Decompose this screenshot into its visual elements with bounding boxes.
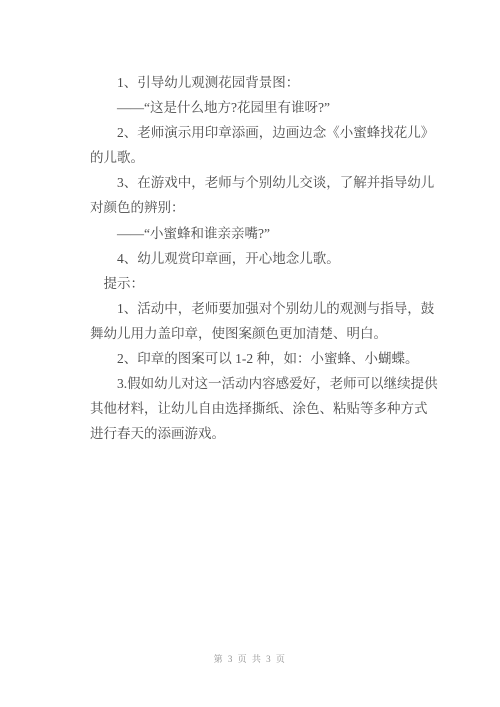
paragraph: 1、活动中，老师要加强对个别幼儿的观测与指导，鼓舞幼儿用力盖印章，使图案颜色更加… xyxy=(90,296,438,346)
paragraph: 1、引导幼儿观测花园背景图： xyxy=(90,70,438,95)
page-number-indicator: 第 3 页 共 3 页 xyxy=(0,652,500,665)
paragraph: 3、在游戏中，老师与个别幼儿交谈，了解并指导幼儿对颜色的辨别： xyxy=(90,170,438,220)
paragraph: ——“小蜜蜂和谁亲亲嘴?” xyxy=(90,221,438,246)
paragraph: 2、印章的图案可以 1-2 种，如：小蜜蜂、小蝴蝶。 xyxy=(90,346,438,371)
document-page: 1、引导幼儿观测花园背景图：——“这是什么地方?花园里有谁呀?”2、老师演示用印… xyxy=(0,0,500,707)
document-body: 1、引导幼儿观测花园背景图：——“这是什么地方?花园里有谁呀?”2、老师演示用印… xyxy=(90,70,438,446)
paragraph: 2、老师演示用印章添画，边画边念《小蜜蜂找花儿》的儿歌。 xyxy=(90,120,438,170)
paragraph: ——“这是什么地方?花园里有谁呀?” xyxy=(90,95,438,120)
paragraph: 3.假如幼儿对这一活动内容感爱好，老师可以继续提供其他材料，让幼儿自由选择撕纸、… xyxy=(90,371,438,446)
paragraph: 提示： xyxy=(90,271,438,296)
paragraph: 4、幼儿观赏印章画，开心地念儿歌。 xyxy=(90,246,438,271)
